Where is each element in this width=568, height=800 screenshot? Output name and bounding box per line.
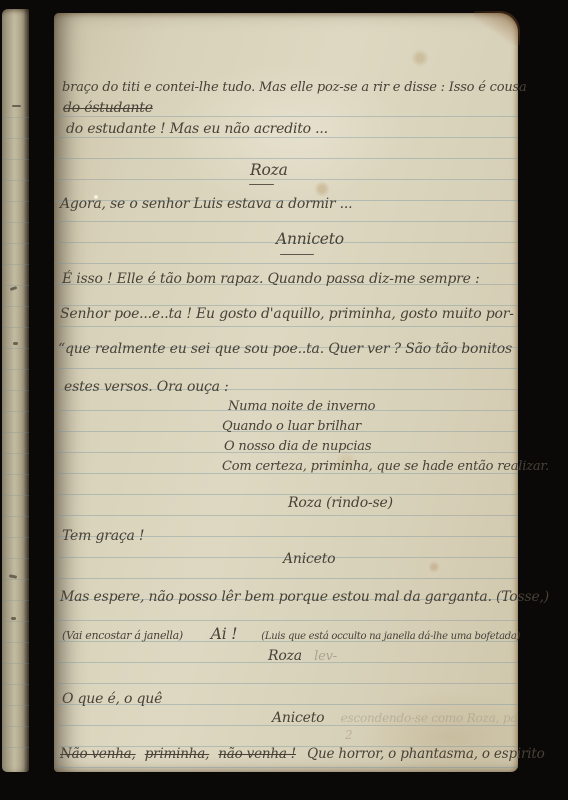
ink-mark (11, 617, 16, 620)
ink-mark (13, 342, 18, 345)
manuscript-photo: braço do titi e contei-lhe tudo. Mas ell… (0, 0, 568, 800)
previous-page-edge (2, 9, 29, 772)
notebook-page (54, 13, 518, 772)
ruled-lines (54, 96, 518, 772)
paper-speck (94, 195, 98, 199)
worn-corner (474, 11, 520, 45)
ink-mark (12, 105, 21, 107)
previous-page-rules (2, 97, 29, 762)
